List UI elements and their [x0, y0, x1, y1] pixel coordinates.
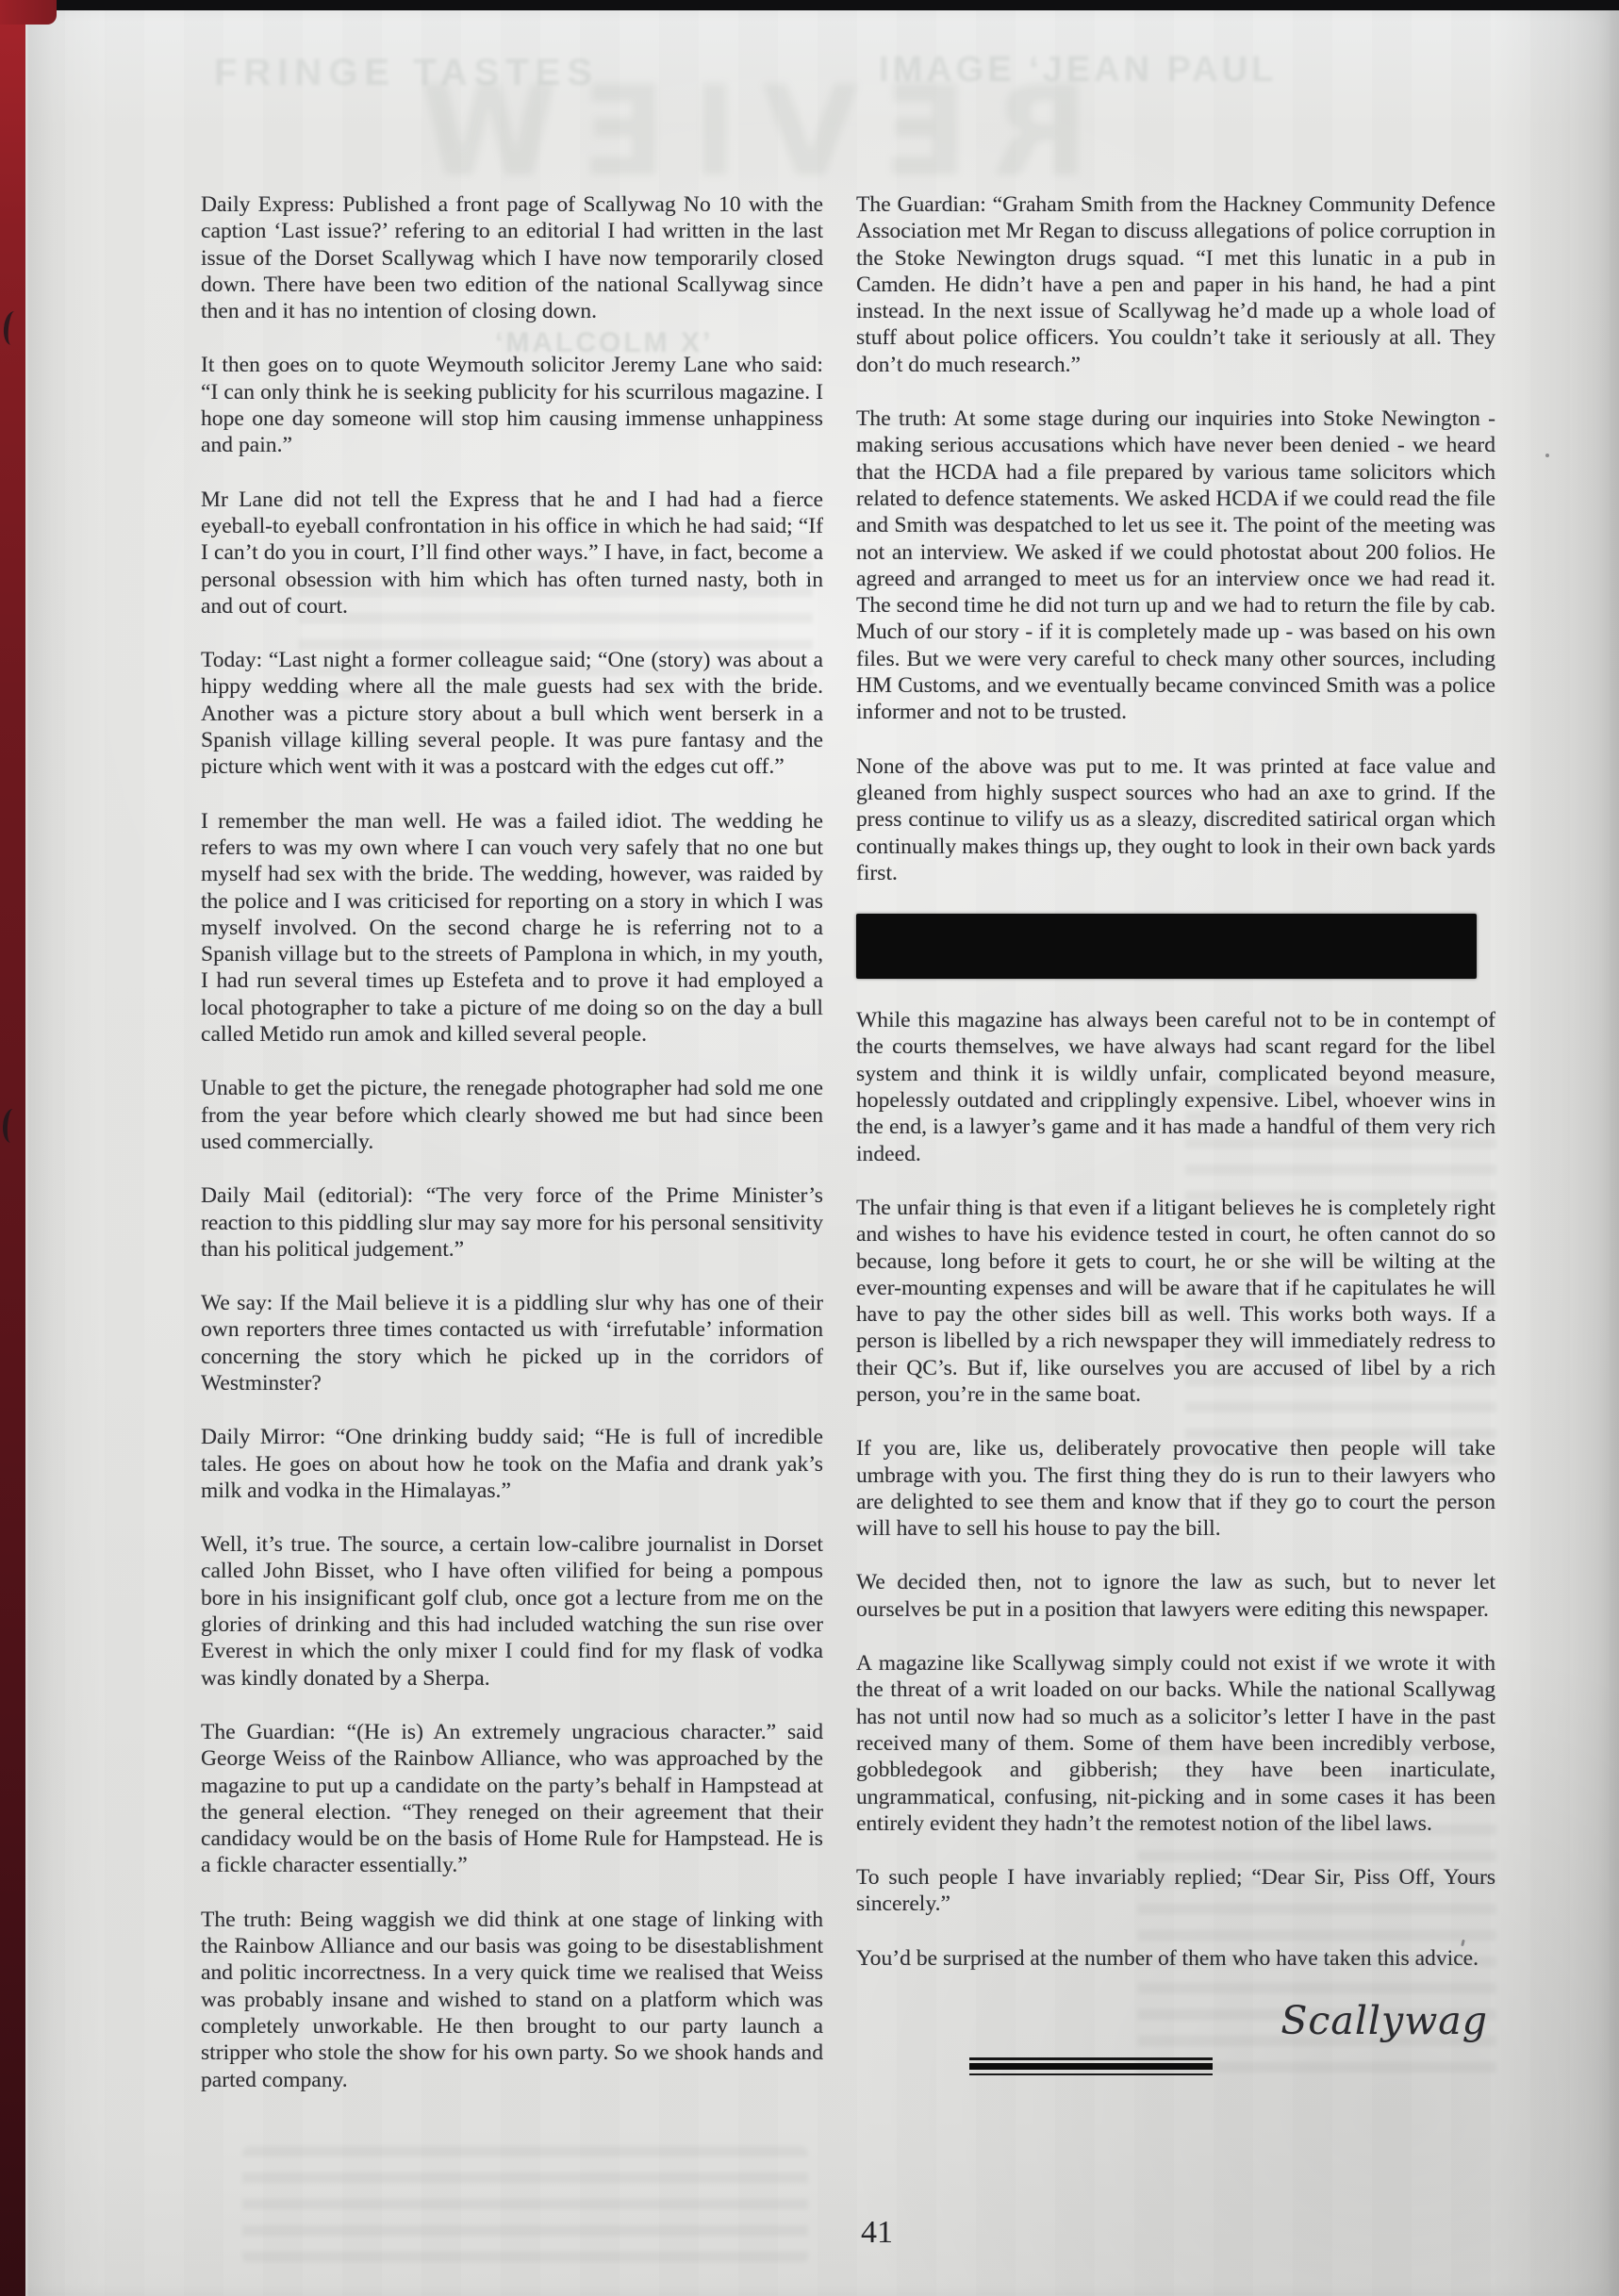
paragraph: Daily Mirror: “One drinking buddy said; … [201, 1424, 823, 1504]
end-of-article-rule [969, 2057, 1213, 2075]
paragraph: We decided then, not to ignore the law a… [856, 1569, 1495, 1623]
left-column: Daily Express: Published a front page of… [201, 191, 823, 2121]
paragraph: The truth: At some stage during our inqu… [856, 405, 1495, 726]
paragraph: Well, it’s true. The source, a certain l… [201, 1531, 823, 1692]
paragraph: A magazine like Scallywag simply could n… [856, 1650, 1495, 1837]
paragraph: The truth: Being waggish we did think at… [201, 1907, 823, 2093]
paragraph: To such people I have invariably replied… [856, 1864, 1495, 1918]
paragraph: While this magazine has always been care… [856, 1007, 1495, 1167]
paragraph: The Guardian: “Graham Smith from the Hac… [856, 191, 1495, 378]
paragraph: Daily Mail (editorial): “The very force … [201, 1182, 823, 1263]
paragraph: The unfair thing is that even if a litig… [856, 1195, 1495, 1408]
paragraph: You’d be surprised at the number of them… [856, 1945, 1495, 1972]
paragraph: It then goes on to quote Weymouth solici… [201, 352, 823, 458]
paragraph: Today: “Last night a former colleague sa… [201, 647, 823, 780]
bleedthrough-headline: REVIEW [266, 59, 1218, 205]
right-column-upper: The Guardian: “Graham Smith from the Hac… [856, 191, 1495, 886]
right-column-lower: While this magazine has always been care… [856, 1007, 1495, 1972]
paragraph: Daily Express: Published a front page of… [201, 191, 823, 324]
paragraph: None of the above was put to me. It was … [856, 753, 1495, 886]
bleedthrough-top-left: FRINGE TASTES [214, 52, 599, 94]
dust-speck [1545, 454, 1549, 457]
dust-speck [1100, 501, 1103, 504]
page-number: 41 [844, 2215, 910, 2251]
scanned-magazine-page: { "page": { "number": "41", "signature":… [0, 0, 1619, 2296]
paragraph: If you are, like us, deliberately provoc… [856, 1435, 1495, 1542]
magazine-page: REVIEW FRINGE TASTES IMAGE ‘JEAN PAUL ‘M… [25, 10, 1619, 2296]
rule-line-thin [969, 2073, 1213, 2075]
bleedthrough-text-block [242, 2146, 808, 2264]
paragraph: I remember the man well. He was a failed… [201, 808, 823, 1049]
paragraph: The Guardian: “(He is) An extremely ungr… [201, 1719, 823, 1879]
rule-line-thick [969, 2063, 1213, 2070]
signature: Scallywag [856, 1999, 1495, 2042]
redaction-bar [856, 914, 1477, 979]
bleedthrough-top-right: IMAGE ‘JEAN PAUL [879, 50, 1277, 91]
paragraph: We say: If the Mail believe it is a pidd… [201, 1290, 823, 1396]
right-column: The Guardian: “Graham Smith from the Hac… [856, 191, 1495, 2075]
paragraph: Mr Lane did not tell the Express that he… [201, 487, 823, 619]
book-edge-corner [0, 0, 57, 25]
rule-line-thin [969, 2057, 1213, 2060]
paragraph: Unable to get the picture, the renegade … [201, 1075, 823, 1155]
